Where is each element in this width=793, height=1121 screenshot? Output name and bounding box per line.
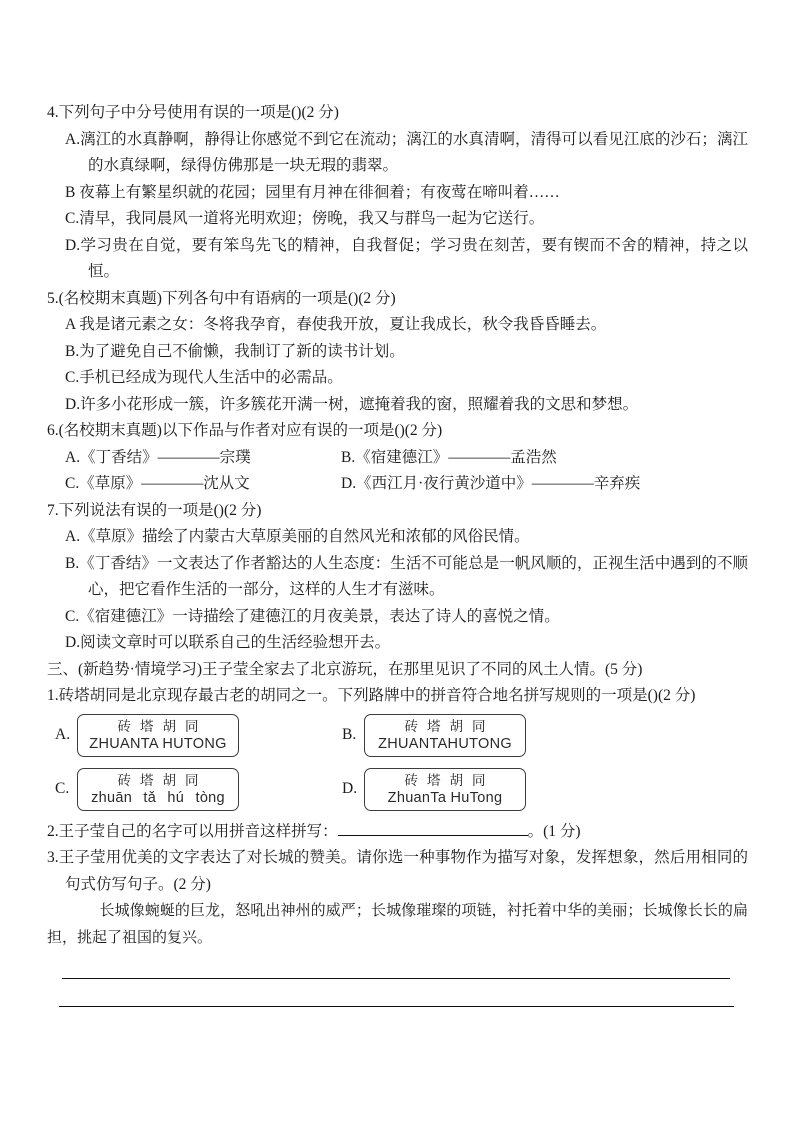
question-7: 7.下列说法有误的一项是()(2 分) A.《草原》描绘了内蒙古大草原美丽的自然… — [47, 498, 748, 657]
question-5-option-c: C.手机已经成为现代人生活中的必需品。 — [65, 365, 748, 392]
question-5-option-b: B.为了避免自己不偷懒，我制订了新的读书计划。 — [65, 339, 748, 366]
section-3: 三、(新趋势·情境学习)王子莹全家去了北京游玩，在那里见识了不同的风土人情。(5… — [47, 657, 748, 1008]
road-sign-c-pinyin: zhuān tǎ hú tòng — [82, 790, 234, 807]
question-4: 4.下列句子中分号使用有误的一项是()(2 分) A.漓江的水真静啊，静得让你感… — [47, 100, 748, 286]
answer-line-1 — [62, 962, 730, 979]
fill-in-blank — [338, 821, 528, 836]
section-3-heading: 三、(新趋势·情境学习)王子莹全家去了北京游玩，在那里见识了不同的风土人情。(5… — [47, 657, 748, 684]
road-sign-d-pinyin: ZhuanTa HuTong — [369, 790, 521, 807]
question-7-option-d: D.阅读文章时可以联系自己的生活经验想开去。 — [65, 630, 748, 657]
question-5-option-a: A 我是诸元素之女：冬将我孕育，春使我开放，夏让我成长，秋令我昏昏睡去。 — [65, 312, 748, 339]
road-sign-b: 砖塔胡同 ZHUANTAHUTONG — [364, 714, 526, 757]
road-sign-b-hanzi: 砖塔胡同 — [369, 717, 521, 736]
example-sentence: 长城像蜿蜒的巨龙，怒吼出神州的威严；长城像璀璨的项链，衬托着中华的美丽；长城像长… — [47, 898, 748, 952]
road-sign-a-hanzi: 砖塔胡同 — [82, 717, 234, 736]
road-sign-options: A. 砖塔胡同 ZHUANTA HUTONG B. 砖塔胡同 ZHUANTAHU… — [55, 714, 748, 811]
road-sign-a: 砖塔胡同 ZHUANTA HUTONG — [77, 714, 239, 757]
sign-option-a: A. 砖塔胡同 ZHUANTA HUTONG — [55, 714, 342, 757]
question-6: 6.(名校期末真题)以下作品与作者对应有误的一项是()(2 分) A.《丁香结》… — [47, 418, 748, 498]
section-3-question-2: 2.王子莹自己的名字可以用拼音这样拼写：。(1 分) — [47, 819, 748, 846]
question-5-option-d: D.许多小花形成一簇，许多簇花开满一树，遮掩着我的窗，照耀着我的文思和梦想。 — [65, 392, 748, 419]
question-7-option-a: A.《草原》描绘了内蒙古大草原美丽的自然风光和浓郁的风俗民情。 — [65, 524, 748, 551]
sign-option-a-label: A. — [55, 722, 77, 749]
question-6-option-b: B.《宿建德江》————孟浩然 — [341, 445, 748, 472]
question-4-option-b: B 夜幕上有繁星织就的花园；园里有月神在徘徊着；有夜莺在啼叫着…… — [65, 180, 748, 207]
road-sign-c: 砖塔胡同 zhuān tǎ hú tòng — [77, 768, 239, 811]
question-6-options-row-2: C.《草原》————沈从文 D.《西江月·夜行黄沙道中》————辛弃疾 — [65, 471, 748, 498]
question-6-stem: 6.(名校期末真题)以下作品与作者对应有误的一项是()(2 分) — [47, 418, 748, 445]
sign-option-b: B. 砖塔胡同 ZHUANTAHUTONG — [342, 714, 748, 757]
question-4-option-c: C.清早，我同晨风一道将光明欢迎；傍晚，我又与群鸟一起为它送行。 — [65, 206, 748, 233]
question-6-option-d: D.《西江月·夜行黄沙道中》————辛弃疾 — [341, 471, 748, 498]
exam-page: 4.下列句子中分号使用有误的一项是()(2 分) A.漓江的水真静啊，静得让你感… — [0, 0, 793, 1121]
question-5: 5.(名校期末真题)下列各句中有语病的一项是()(2 分) A 我是诸元素之女：… — [47, 286, 748, 419]
question-2-text-after-blank: 。(1 分) — [528, 823, 581, 840]
answer-line-2 — [59, 979, 734, 1007]
question-4-stem: 4.下列句子中分号使用有误的一项是()(2 分) — [47, 100, 748, 127]
road-sign-d: 砖塔胡同 ZhuanTa HuTong — [364, 768, 526, 811]
sign-option-c-label: C. — [55, 776, 77, 803]
sign-option-d: D. 砖塔胡同 ZhuanTa HuTong — [342, 768, 748, 811]
road-sign-a-pinyin: ZHUANTA HUTONG — [82, 736, 234, 753]
sign-option-d-label: D. — [342, 776, 364, 803]
road-sign-d-hanzi: 砖塔胡同 — [369, 771, 521, 790]
question-6-option-c: C.《草原》————沈从文 — [65, 471, 341, 498]
section-3-question-3-stem: 3.王子莹用优美的文字表达了对长城的赞美。请你选一种事物作为描写对象，发挥想象，… — [47, 845, 748, 898]
question-7-option-b: B.《丁香结》一文表达了作者豁达的人生态度：生活不可能总是一帆风顺的，正视生活中… — [65, 551, 748, 604]
road-sign-b-pinyin: ZHUANTAHUTONG — [369, 736, 521, 753]
question-7-stem: 7.下列说法有误的一项是()(2 分) — [47, 498, 748, 525]
question-6-option-a: A.《丁香结》————宗璞 — [65, 445, 341, 472]
sign-option-b-label: B. — [342, 722, 364, 749]
question-4-option-d: D.学习贵在自觉，要有笨鸟先飞的精神，自我督促；学习贵在刻苦，要有锲而不舍的精神… — [65, 233, 748, 286]
sign-option-c: C. 砖塔胡同 zhuān tǎ hú tòng — [55, 768, 342, 811]
question-5-stem: 5.(名校期末真题)下列各句中有语病的一项是()(2 分) — [47, 286, 748, 313]
question-4-option-a: A.漓江的水真静啊，静得让你感觉不到它在流动；漓江的水真清啊，清得可以看见江底的… — [65, 127, 748, 180]
question-2-text-before-blank: 2.王子莹自己的名字可以用拼音这样拼写： — [47, 823, 338, 840]
question-6-options-row-1: A.《丁香结》————宗璞 B.《宿建德江》————孟浩然 — [65, 445, 748, 472]
road-sign-c-hanzi: 砖塔胡同 — [82, 771, 234, 790]
section-3-question-1-stem: 1.砖塔胡同是北京现存最古老的胡同之一。下列路牌中的拼音符合地名拼写规则的一项是… — [47, 683, 748, 710]
question-7-option-c: C.《宿建德江》一诗描绘了建德江的月夜美景，表达了诗人的喜悦之情。 — [65, 604, 748, 631]
